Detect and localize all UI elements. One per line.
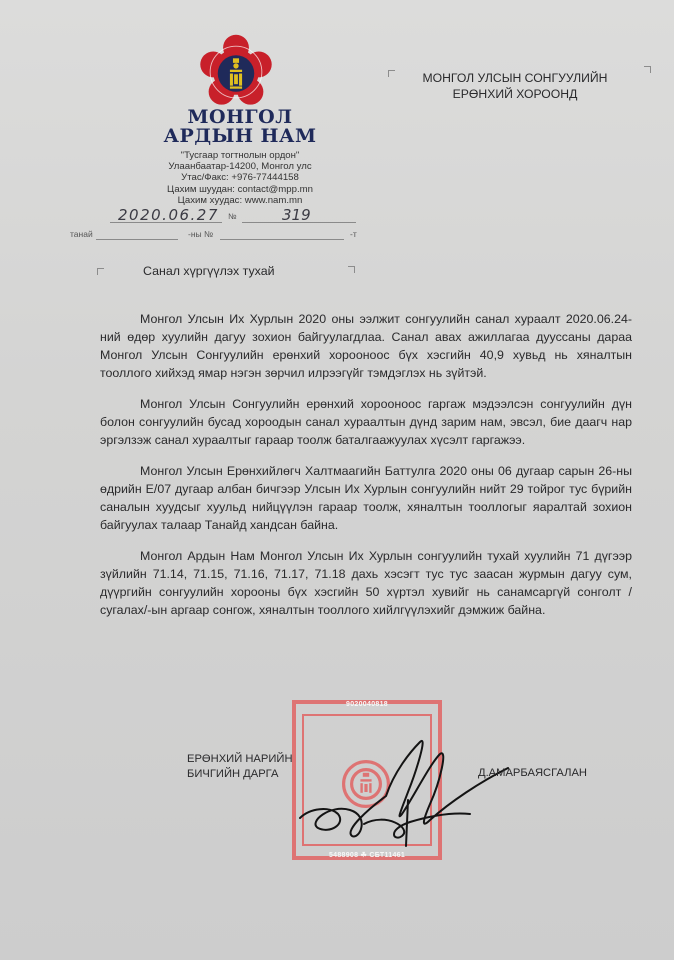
letter-body: Монгол Улсын Их Хурлын 2020 оны ээлжит с…	[100, 310, 632, 632]
signatory-name: Д.АМАРБАЯСГАЛАН	[478, 767, 587, 779]
org-name-line2: АРДЫН НАМ	[160, 127, 320, 146]
signatory-title-line1: ЕРӨНХИЙ НАРИЙН	[187, 752, 293, 767]
addressee-corner-mark-right	[644, 66, 651, 73]
reply-no-label: -ны №	[188, 229, 213, 239]
number-underline	[242, 222, 356, 223]
addressee: МОНГОЛ УЛСЫН СОНГУУЛИЙН ЕРӨНХИЙ ХОРООНД	[410, 70, 620, 102]
org-contact-info: "Тусгаар тогтнолын ордон" Улаанбаатар-14…	[150, 150, 330, 206]
body-paragraph-1: Монгол Улсын Их Хурлын 2020 оны ээлжит с…	[100, 310, 632, 382]
reply-to-underline	[96, 239, 178, 240]
org-phone: Утас/Факс: +976-77444158	[150, 172, 330, 183]
org-email: Цахим шуудан: contact@mpp.mn	[150, 184, 330, 195]
reply-suffix: -т	[350, 229, 357, 239]
reply-no-underline	[220, 239, 344, 240]
reply-to-label: танай	[70, 229, 93, 239]
addressee-line2: ЕРӨНХИЙ ХОРООНД	[410, 86, 620, 102]
date-underline	[110, 222, 222, 223]
subject-corner-mark-left	[97, 268, 104, 275]
body-paragraph-2: Монгол Улсын Сонгуулийн ерөнхий хорооноо…	[100, 395, 632, 449]
addressee-line1: МОНГОЛ УЛСЫН СОНГУУЛИЙН	[410, 70, 620, 86]
addressee-corner-mark-left	[388, 70, 395, 77]
body-paragraph-3: Монгол Улсын Ерөнхийлөгч Халтмаагийн Бат…	[100, 462, 632, 534]
org-building: "Тусгаар тогтнолын ордон"	[150, 150, 330, 161]
subject-corner-mark-right	[348, 266, 355, 273]
body-paragraph-4: Монгол Ардын Нам Монгол Улсын Их Хурлын …	[100, 547, 632, 619]
org-name: МОНГОЛ АРДЫН НАМ	[160, 108, 320, 146]
stamp-bottom-number: 5488908 ☘ СБТ11461	[296, 851, 438, 859]
reply-reference-row: танай -ны № -т	[70, 228, 360, 242]
party-seal-icon	[326, 744, 406, 824]
signatory-title: ЕРӨНХИЙ НАРИЙН БИЧГИЙН ДАРГА	[187, 752, 293, 782]
stamp-top-number: 9020040818	[296, 701, 438, 708]
mpp-emblem-icon	[198, 34, 274, 110]
reference-row: 2020.06.27 № 319	[110, 206, 360, 224]
org-address: Улаанбаатар-14200, Монгол улс	[150, 161, 330, 172]
signatory-title-line2: БИЧГИЙН ДАРГА	[187, 767, 293, 782]
number-label: №	[228, 212, 237, 221]
letter-subject: Санал хүргүүлэх тухай	[143, 264, 275, 278]
org-website: Цахим хуудас: www.nam.mn	[150, 195, 330, 206]
official-stamp: 9020040818 5488908 ☘ СБТ11461	[292, 700, 442, 860]
